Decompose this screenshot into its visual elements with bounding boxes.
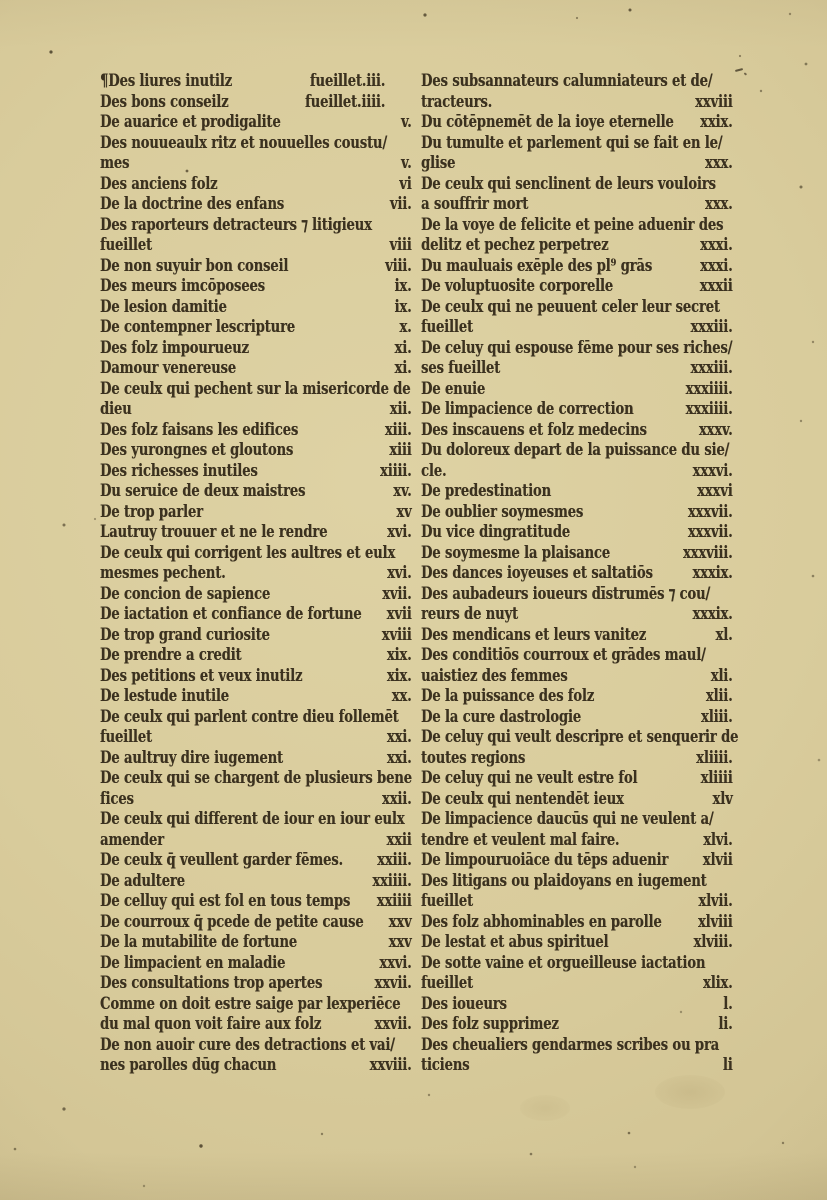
folio-number: xi. [387,358,412,378]
folio-number: xxx. [697,194,732,214]
toc-entry-text: Des folz supprimez [421,1014,559,1034]
folio-number: xxiiii [369,891,412,911]
folio-number: xvi. [379,563,411,583]
toc-line: Du seruice de deux maistresxv. [100,481,412,502]
toc-entry-text: Des richesses inutiles [100,461,258,481]
toc-entry-text: Des anciens folz [100,174,217,194]
toc-entry-text: De courroux q̄ pcede de petite cause [100,912,364,932]
toc-line: Du cōtēpnemēt de la ioye eternellexxix. [421,112,733,133]
toc-entry-text: mesmes pechent. [100,563,226,583]
folio-number: ix. [387,276,412,296]
toc-line: De sotte vaine et orgueilleuse iactation [421,953,733,974]
toc-line: De ceulx qui pechent sur la misericorde … [100,379,412,400]
toc-entry-text: De la cure dastrologie [421,707,581,727]
folio-number: xxvii. [367,973,412,993]
parchment-stain [655,1075,725,1109]
folio-number: xiii. [377,420,411,440]
toc-line: tracteurs.xxviii [421,92,733,113]
toc-line: De la puissance des folzxlii. [421,686,733,707]
toc-line: glisexxx. [421,153,733,174]
toc-line: Des anciens folzvi [100,174,412,195]
toc-line: De ceulx qui parlent contre dieu follemē… [100,707,412,728]
folio-number: xvii. [374,584,411,604]
toc-line: De courroux q̄ pcede de petite causexxv [100,912,412,933]
toc-line: De ceulx qui different de iour en iour e… [100,809,412,830]
toc-entry-text: Des ioueurs [421,994,507,1014]
folio-number: xii. [382,399,412,419]
toc-entry-text: De ceulx qui corrigent les aultres et eu… [100,543,395,563]
toc-entry-text: De soymesme la plaisance [421,543,610,563]
toc-line: Des ioueursl. [421,994,733,1015]
folio-number: xlvi. [695,830,732,850]
toc-line: De celuy qui espouse fēme pour ses riche… [421,338,733,359]
toc-line: Des dances ioyeuses et saltatiōsxxxix. [421,563,733,584]
toc-line: De ceulx qui ne peuuent celer leur secre… [421,297,733,318]
folio-number: xxviii. [362,1055,412,1075]
toc-entry-text: De adultere [100,871,185,891]
toc-entry-text: Des folz impourueuz [100,338,249,358]
folio-number: xxi. [379,727,411,747]
toc-line: Des meurs imcōposeesix. [100,276,412,297]
folio-number: xxxi. [692,235,732,255]
toc-entry-text: ticiens [421,1055,469,1075]
toc-entry-text: De iactation et confiance de fortune [100,604,361,624]
folio-number: xxxii [692,276,733,296]
toc-line: De adulterexxiiii. [100,871,412,892]
toc-line: Des bons conseilzfueillet.iiii. [100,92,412,113]
toc-line: nes parolles dūg chacunxxviii. [100,1055,412,1076]
toc-entry-text: De trop parler [100,502,203,522]
toc-entry-text: cle. [421,461,446,481]
toc-entry-text: De celuy qui ne veult estre fol [421,768,637,788]
toc-line: amenderxxii [100,830,412,851]
toc-line: Lautruy trouuer et ne le rendrexvi. [100,522,412,543]
toc-entry-text: uaistiez des femmes [421,666,567,686]
parchment-stain [520,1095,570,1121]
toc-line: De soymesme la plaisancexxxviii. [421,543,733,564]
toc-line: De la doctrine des enfansvii. [100,194,412,215]
toc-entry-text: Des bons conseilz [100,92,228,112]
folio-number: xxxix. [685,563,733,583]
folio-number: xxxiii. [683,317,733,337]
toc-line: fueilletxlvii. [421,891,733,912]
toc-line: fueilletxlix. [421,973,733,994]
toc-entry-text: ¶Des liures inutilz [100,71,232,91]
toc-line: De aultruy dire iugementxxi. [100,748,412,769]
folio-number: xxvii. [367,1014,412,1034]
folio-number: xxviii [687,92,732,112]
toc-entry-text: Du cōtēpnemēt de la ioye eternelle [421,112,674,132]
toc-entry-text: Des conditiōs courroux et grādes maul/ [421,645,706,665]
toc-entry-text: Du doloreux depart de la puissance du si… [421,440,729,460]
toc-entry-text: amender [100,830,164,850]
toc-line: Des nouueaulx ritz et nouuelles coustu/ [100,133,412,154]
toc-entry-text: Des raporteurs detracteurs ⁊ litigieux [100,215,372,235]
toc-entry-text: De ceulx qui parlent contre dieu follemē… [100,707,399,727]
folio-number: xix. [379,666,411,686]
folio-number: xliii. [693,707,732,727]
toc-line: mesv. [100,153,412,174]
folio-number: xli. [703,666,733,686]
folio-number: fueillet.iiii. [297,92,385,112]
toc-entry-text: De ceulx qui ne peuuent celer leur secre… [421,297,720,317]
toc-line: De celuy qui ne veult estre folxliiii [421,768,733,789]
toc-line: Des cheualiers gendarmes scribes ou pra [421,1035,733,1056]
folio-number: xlii. [698,686,732,706]
toc-line: delitz et pechez perpetrezxxxi. [421,235,733,256]
toc-line: Du vice dingratitudexxxvii. [421,522,733,543]
toc-entry-text: Des folz abhominables en parolle [421,912,662,932]
folio-number: vii. [382,194,411,214]
margin-pen-mark [735,67,749,77]
toc-line: uaistiez des femmesxli. [421,666,733,687]
folio-number: xiii [382,440,412,460]
toc-line: De concion de sapiencexvii. [100,584,412,605]
toc-entry-text: De limpacience de correction [421,399,633,419]
folio-number: vi [391,174,411,194]
toc-line: De lestat et abus spirituelxlviii. [421,932,733,953]
toc-entry-text: De celuy qui espouse fēme pour ses riche… [421,338,732,358]
toc-entry-text: De celuy qui veult descripre et senqueri… [421,727,738,747]
toc-line: Des inscauens et folz medecinsxxxv. [421,420,733,441]
toc-entry-text: Des folz faisans les edifices [100,420,298,440]
toc-line: Des consultations trop apertesxxvii. [100,973,412,994]
toc-line: toutes regionsxliiii. [421,748,733,769]
toc-line: De voluptuosite corporellexxxii [421,276,733,297]
folio-number: xxix. [692,112,732,132]
folio-number: xlvii. [691,891,733,911]
folio-number: xxv [381,912,412,932]
toc-line: Des mendicans et leurs vanitezxl. [421,625,733,646]
toc-entry-text: ses fueillet [421,358,500,378]
toc-entry-text: fueillet [100,235,152,255]
folio-number: xxxiiii. [678,379,733,399]
toc-line: De prendre a creditxix. [100,645,412,666]
toc-entry-text: delitz et pechez perpetrez [421,235,608,255]
toc-line: De enuiexxxiiii. [421,379,733,400]
toc-line: Des conditiōs courroux et grādes maul/ [421,645,733,666]
toc-entry-text: De lestude inutile [100,686,229,706]
scanned-book-page-body: { "colors": { "parchment": "#d9cc9c", "i… [0,0,827,1200]
folio-number: fueillet.iii. [302,71,385,91]
folio-number: xxxvii. [680,502,732,522]
toc-line: De la mutabilite de fortunexxv [100,932,412,953]
toc-entry-text: De limpouruoiāce du tēps aduenir [421,850,668,870]
toc-entry-text: De ceulx qui different de iour en iour e… [100,809,404,829]
toc-entry-text: Damour venereuse [100,358,236,378]
toc-line: ficesxxii. [100,789,412,810]
toc-line: ¶Des liures inutilzfueillet.iii. [100,71,412,92]
toc-line: De non auoir cure des detractions et vai… [100,1035,412,1056]
toc-line: De lesion damitieix. [100,297,412,318]
book-page-scan: ¶Des liures inutilzfueillet.iii.Des bons… [0,0,827,1200]
folio-number: xxiii. [369,850,411,870]
toc-line: De iactation et confiance de fortunexvii [100,604,412,625]
toc-entry-text: a souffrir mort [421,194,528,214]
folio-number: xxxviii. [675,543,732,563]
toc-entry-text: nes parolles dūg chacun [100,1055,276,1075]
toc-entry-text: Des aubadeurs ioueurs dīstrumēs ⁊ cou/ [421,584,710,604]
folio-number: xx. [384,686,412,706]
toc-entry-text: De limpacience daucūs qui ne veulent a/ [421,809,714,829]
folio-number: li [715,1055,732,1075]
folio-number: xxxiii. [683,358,733,378]
folio-number: xxxvi [689,481,732,501]
toc-line: Du mauluais exēple des pl⁹ grāsxxxi. [421,256,733,277]
toc-entry-text: Des meurs imcōposees [100,276,265,296]
toc-entry-text: fueillet [100,727,152,747]
toc-entry-text: Des mendicans et leurs vanitez [421,625,646,645]
toc-entry-text: De trop grand curiosite [100,625,270,645]
toc-entry-text: Du vice dingratitude [421,522,570,542]
toc-entry-text: De lestat et abus spirituel [421,932,608,952]
toc-entry-text: glise [421,153,455,173]
toc-entry-text: Des consultations trop apertes [100,973,322,993]
folio-number: xlvii [695,850,733,870]
toc-line: fueilletxxxiii. [421,317,733,338]
toc-column-left: ¶Des liures inutilzfueillet.iii.Des bons… [100,71,412,1076]
folio-number: v. [393,112,411,132]
folio-number: xlv [705,789,733,809]
toc-line: Des folz impourueuzxi. [100,338,412,359]
toc-line: tendre et veulent mal faire.xlvi. [421,830,733,851]
toc-column-right: Des subsannateurs calumniateurs et de/tr… [421,71,733,1076]
toc-line: Des richesses inutilesxiiii. [100,461,412,482]
folio-number: xix. [379,645,411,665]
folio-number: xiiii. [372,461,411,481]
toc-entry-text: Du mauluais exēple des pl⁹ grās [421,256,652,276]
toc-entry-text: dieu [100,399,132,419]
toc-entry-text: De ceulx qui senclinent de leurs vouloir… [421,174,716,194]
folio-number: xxxv. [691,420,732,440]
toc-line: dieuxii. [100,399,412,420]
folio-number: xxi. [379,748,411,768]
folio-number: xviii [374,625,412,645]
toc-line: Des folz faisans les edificesxiii. [100,420,412,441]
toc-entry-text: De concion de sapience [100,584,270,604]
folio-number: xxiiii. [365,871,412,891]
folio-number: xv. [385,481,411,501]
folio-number: xlviii [690,912,732,932]
toc-line: De celuy qui veult descripre et senqueri… [421,727,733,748]
toc-line: Du tumulte et parlement qui se fait en l… [421,133,733,154]
folio-number: viii [382,235,412,255]
folio-number: xl. [708,625,733,645]
toc-line: De ceulx q̄ veullent garder fēmes.xxiii. [100,850,412,871]
toc-line: De lestude inutilexx. [100,686,412,707]
toc-entry-text: Des dances ioyeuses et saltatiōs [421,563,653,583]
toc-entry-text: fueillet [421,891,473,911]
folio-number: xxvi. [372,953,412,973]
toc-entry-text: toutes regions [421,748,525,768]
folio-number: xxxvii. [680,522,732,542]
toc-line: De limpouruoiāce du tēps aduenirxlvii [421,850,733,871]
toc-line: Du doloreux depart de la puissance du si… [421,440,733,461]
folio-number: xliiii. [688,748,732,768]
folio-number: xlix. [695,973,732,993]
toc-line: reurs de nuytxxxix. [421,604,733,625]
toc-line: Des folz supprimezli. [421,1014,733,1035]
toc-entry-text: Comme on doit estre saige par lexperiēce [100,994,400,1014]
toc-entry-text: Des cheualiers gendarmes scribes ou pra [421,1035,719,1055]
toc-line: Des subsannateurs calumniateurs et de/ [421,71,733,92]
folio-number: viii. [377,256,411,276]
toc-line: cle.xxxvi. [421,461,733,482]
toc-line: De ceulx qui se chargent de plusieurs be… [100,768,412,789]
folio-number: v. [393,153,411,173]
folio-number: xi. [387,338,412,358]
toc-line: Comme on doit estre saige par lexperiēce [100,994,412,1015]
toc-line: ticiensli [421,1055,733,1076]
folio-number: ix. [387,297,412,317]
toc-entry-text: tendre et veulent mal faire. [421,830,619,850]
toc-entry-text: De la doctrine des enfans [100,194,284,214]
toc-line: De contempner lescripturex. [100,317,412,338]
toc-entry-text: De limpacient en maladie [100,953,285,973]
toc-entry-text: De la puissance des folz [421,686,594,706]
toc-entry-text: De prendre a credit [100,645,241,665]
toc-line: De limpacient en maladiexxvi. [100,953,412,974]
toc-entry-text: Des litigans ou plaidoyans en iugement [421,871,707,891]
toc-entry-text: De ceulx qui nentendēt ieux [421,789,624,809]
toc-line: du mal quon voit faire aux folzxxvii. [100,1014,412,1035]
toc-entry-text: De non auoir cure des detractions et vai… [100,1035,395,1055]
folio-number: li. [711,1014,733,1034]
folio-number: xvi. [379,522,411,542]
toc-entry-text: tracteurs. [421,92,492,112]
toc-entry-text: De enuie [421,379,485,399]
toc-line: De oublier soymesmesxxxvii. [421,502,733,523]
toc-entry-text: De celluy qui est fol en tous temps [100,891,350,911]
toc-line: De ceulx qui senclinent de leurs vouloir… [421,174,733,195]
toc-line: Des aubadeurs ioueurs dīstrumēs ⁊ cou/ [421,584,733,605]
toc-entry-text: Des petitions et veux inutilz [100,666,302,686]
toc-entry-text: Du seruice de deux maistres [100,481,305,501]
toc-entry-text: fices [100,789,134,809]
folio-number: xxxvi. [685,461,733,481]
folio-number: xxx. [697,153,732,173]
toc-entry-text: Des nouueaulx ritz et nouuelles coustu/ [100,133,387,153]
toc-entry-text: De la mutabilite de fortune [100,932,297,952]
toc-line: Des litigans ou plaidoyans en iugement [421,871,733,892]
toc-line: ses fueilletxxxiii. [421,358,733,379]
toc-line: Des petitions et veux inutilzxix. [100,666,412,687]
toc-line: De celluy qui est fol en tous tempsxxiii… [100,891,412,912]
toc-entry-text: De ceulx qui pechent sur la misericorde … [100,379,410,399]
toc-entry-text: fueillet [421,317,473,337]
toc-entry-text: De la voye de felicite et peine aduenir … [421,215,723,235]
folio-number: xxii. [374,789,411,809]
toc-entry-text: reurs de nuyt [421,604,518,624]
folio-number: xv [389,502,412,522]
toc-line: De limpacience daucūs qui ne veulent a/ [421,809,733,830]
toc-entry-text: De lesion damitie [100,297,227,317]
folio-number: l. [716,994,733,1014]
toc-entry-text: De non suyuir bon conseil [100,256,288,276]
toc-entry-text: fueillet [421,973,473,993]
folio-number: xvii [379,604,412,624]
folio-number: xxii [379,830,412,850]
toc-entry-text: De predestination [421,481,551,501]
foxing-specks [0,0,2,2]
toc-line: fueilletviii [100,235,412,256]
toc-line: Damour venereusexi. [100,358,412,379]
toc-entry-text: De oublier soymesmes [421,502,583,522]
folio-number: xxxi. [692,256,732,276]
folio-number: xxxix. [685,604,733,624]
toc-entry-text: Des inscauens et folz medecins [421,420,647,440]
toc-line: De trop grand curiositexviii [100,625,412,646]
toc-entry-text: De aultruy dire iugement [100,748,283,768]
toc-line: De ceulx qui nentendēt ieuxxlv [421,789,733,810]
toc-entry-text: De auarice et prodigalite [100,112,281,132]
toc-line: mesmes pechent.xvi. [100,563,412,584]
toc-line: De predestinationxxxvi [421,481,733,502]
toc-entry-text: De voluptuosite corporelle [421,276,613,296]
toc-entry-text: De contempner lescripture [100,317,295,337]
folio-number: xxxiiii. [678,399,733,419]
toc-line: Des yurongnes et gloutonsxiii [100,440,412,461]
toc-entry-text: mes [100,153,129,173]
toc-entry-text: De ceulx q̄ veullent garder fēmes. [100,850,343,870]
toc-entry-text: Du tumulte et parlement qui se fait en l… [421,133,722,153]
folio-number: xliiii [693,768,733,788]
toc-entry-text: du mal quon voit faire aux folz [100,1014,321,1034]
toc-entry-text: De sotte vaine et orgueilleuse iactation [421,953,705,973]
toc-line: De trop parlerxv [100,502,412,523]
toc-entry-text: De ceulx qui se chargent de plusieurs be… [100,768,412,788]
toc-line: De la voye de felicite et peine aduenir … [421,215,733,236]
toc-line: a souffrir mortxxx. [421,194,733,215]
toc-line: De auarice et prodigalitev. [100,112,412,133]
toc-line: Des folz abhominables en parollexlviii [421,912,733,933]
folio-number: xlviii. [686,932,733,952]
toc-line: De limpacience de correctionxxxiiii. [421,399,733,420]
toc-line: fueilletxxi. [100,727,412,748]
toc-entry-text: Des yurongnes et gloutons [100,440,293,460]
toc-line: Des raporteurs detracteurs ⁊ litigieux [100,215,412,236]
toc-entry-text: Lautruy trouuer et ne le rendre [100,522,327,542]
toc-line: De non suyuir bon conseilviii. [100,256,412,277]
folio-number: xxv [381,932,412,952]
toc-line: De la cure dastrologiexliii. [421,707,733,728]
toc-line: De ceulx qui corrigent les aultres et eu… [100,543,412,564]
folio-number: x. [392,317,412,337]
toc-entry-text: Des subsannateurs calumniateurs et de/ [421,71,712,91]
